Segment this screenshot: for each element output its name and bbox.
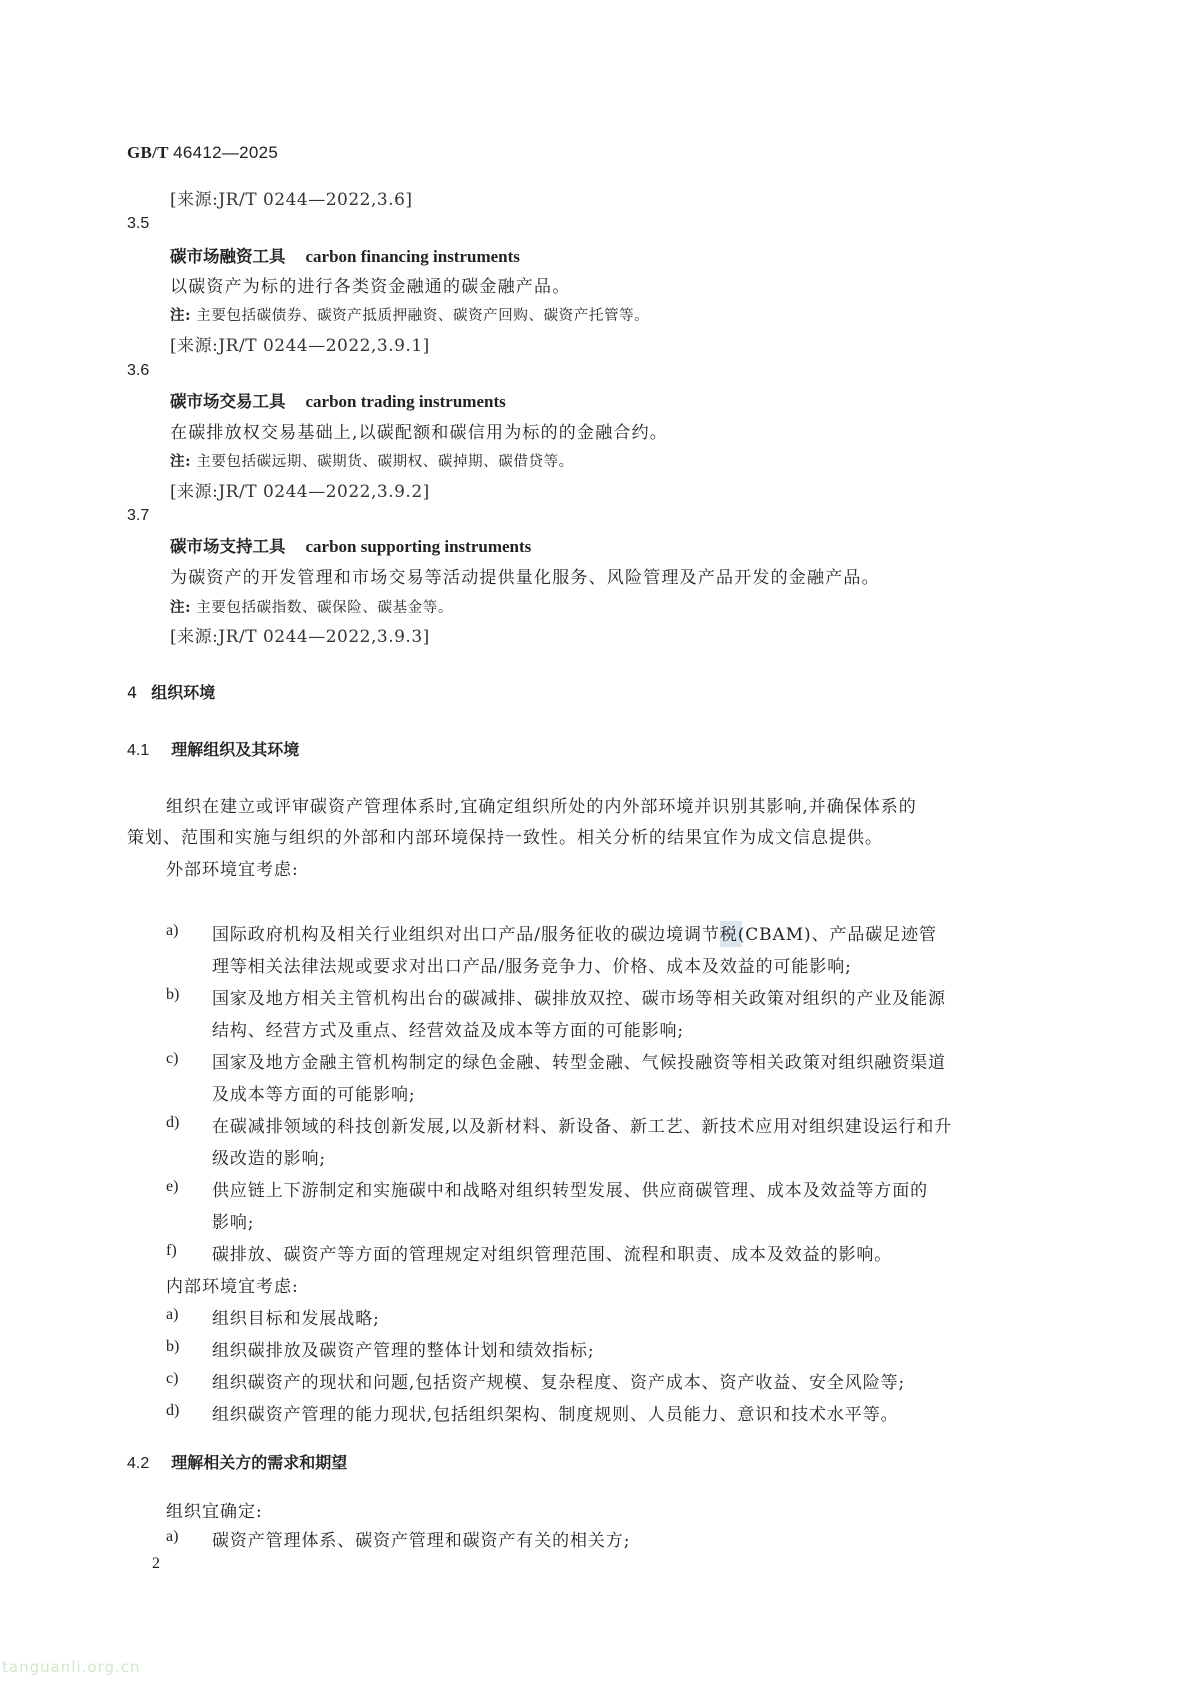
list-item: 国家及地方金融主管机构制定的绿色金融、转型金融、气候投融资等相关政策对组织融资渠… [212,1048,946,1073]
note-text: 主要包括碳指数、碳保险、碳基金等。 [196,600,453,616]
paragraph-line: 组织宜确定: [166,1497,263,1522]
term-zh: 碳市场融资工具 [170,247,286,266]
term-note: 注: 主要包括碳债券、碳资产抵质押融资、碳资产回购、碳资产托管等。 [170,304,649,325]
list-marker: b) [166,1338,179,1356]
term-en: carbon financing instruments [306,247,520,266]
list-item: 组织碳资产的现状和问题,包括资产规模、复杂程度、资产成本、资产收益、安全风险等; [212,1368,905,1393]
paragraph-line: 策划、范围和实施与组织的外部和内部环境保持一致性。相关分析的结果宜作为成文信息提… [127,823,883,848]
standard-code: GB/T [127,143,169,162]
paragraph-line: 组织在建立或评审碳资产管理体系时,宜确定组织所处的内外部环境并识别其影响,并确保… [166,792,917,817]
list-item-cont: 结构、经营方式及重点、经营效益及成本等方面的可能影响; [212,1016,684,1041]
external-intro: 外部环境宜考虑: [166,855,299,880]
note-label: 注: [170,307,191,324]
list-item: 国家及地方相关主管机构出台的碳减排、碳排放双控、碳市场等相关政策对组织的产业及能… [212,984,946,1009]
note-label: 注: [170,453,191,470]
term-heading: 碳市场融资工具carbon financing instruments [170,243,520,267]
list-item: 碳资产管理体系、碳资产管理和碳资产有关的相关方; [212,1526,630,1551]
list-item-cont: 级改造的影响; [212,1144,326,1169]
list-item: 在碳减排领域的科技创新发展,以及新材料、新设备、新工艺、新技术应用对组织建设运行… [212,1112,952,1137]
term-en: carbon supporting instruments [306,537,532,556]
internal-intro: 内部环境宜考虑: [166,1272,299,1297]
subsection-heading: 4.1理解组织及其环境 [127,737,299,760]
list-marker: d) [166,1114,179,1132]
list-item-cont: 影响; [212,1208,254,1233]
list-item-cont: 理等相关法律法规或要求对出口产品/服务竞争力、价格、成本及效益的可能影响; [212,952,852,977]
list-item: 国际政府机构及相关行业组织对出口产品/服务征收的碳边境调节税(CBAM)、产品碳… [212,920,937,945]
term-note: 注: 主要包括碳远期、碳期货、碳期权、碳掉期、碳借贷等。 [170,450,574,471]
list-marker: b) [166,986,179,1004]
watermark: tanguanli.org.cn [2,1658,141,1676]
note-label: 注: [170,599,191,616]
section-number: 4 [127,683,137,702]
standard-header: GB/T 46412—2025 [127,143,278,163]
list-marker: a) [166,1528,178,1546]
subsection-heading: 4.2理解相关方的需求和期望 [127,1450,347,1473]
source-citation: [来源:JR/T 0244—2022,3.9.1] [170,331,430,356]
list-marker: a) [166,1306,178,1324]
term-number: 3.7 [127,507,149,525]
list-item: 组织碳排放及碳资产管理的整体计划和绩效指标; [212,1336,595,1361]
source-citation: [来源:JR/T 0244—2022,3.9.3] [170,622,430,647]
term-definition: 为碳资产的开发管理和市场交易等活动提供量化服务、风险管理及产品开发的金融产品。 [170,563,880,588]
term-heading: 碳市场支持工具carbon supporting instruments [170,533,531,557]
list-item: 供应链上下游制定和实施碳中和战略对组织转型发展、供应商碳管理、成本及效益等方面的 [212,1176,928,1201]
subsection-title: 理解组织及其环境 [171,740,299,759]
note-text: 主要包括碳债券、碳资产抵质押融资、碳资产回购、碳资产托管等。 [196,308,649,324]
source-citation: [来源:JR/T 0244—2022,3.9.2] [170,477,430,502]
list-item: 组织碳资产管理的能力现状,包括组织架构、制度规则、人员能力、意识和技术水平等。 [212,1400,899,1425]
term-zh: 碳市场交易工具 [170,392,286,411]
subsection-title: 理解相关方的需求和期望 [171,1453,347,1472]
term-number: 3.5 [127,215,149,233]
note-text: 主要包括碳远期、碳期货、碳期权、碳掉期、碳借贷等。 [196,454,574,470]
term-en: carbon trading instruments [306,392,506,411]
subsection-number: 4.2 [127,1455,149,1472]
term-definition: 以碳资产为标的进行各类资金融通的碳金融产品。 [170,272,570,297]
term-number: 3.6 [127,362,149,380]
list-item: 组织目标和发展战略; [212,1304,380,1329]
list-item-cont: 及成本等方面的可能影响; [212,1080,416,1105]
list-marker: e) [166,1178,178,1196]
list-marker: c) [166,1370,178,1388]
term-heading: 碳市场交易工具carbon trading instruments [170,388,506,412]
section-heading: 4组织环境 [127,680,215,703]
list-marker: a) [166,922,178,940]
source-citation: [来源:JR/T 0244—2022,3.6] [170,185,413,210]
list-marker: f) [166,1242,177,1260]
page-number: 2 [152,1555,160,1573]
term-zh: 碳市场支持工具 [170,537,286,556]
list-marker: c) [166,1050,178,1068]
subsection-number: 4.1 [127,742,149,759]
list-marker: d) [166,1402,179,1420]
term-note: 注: 主要包括碳指数、碳保险、碳基金等。 [170,596,453,617]
list-item: 碳排放、碳资产等方面的管理规定对组织管理范围、流程和职责、成本及效益的影响。 [212,1240,892,1265]
standard-number: 46412—2025 [173,143,278,162]
section-title: 组织环境 [151,683,215,702]
term-definition: 在碳排放权交易基础上,以碳配额和碳信用为标的的金融合约。 [170,418,668,443]
